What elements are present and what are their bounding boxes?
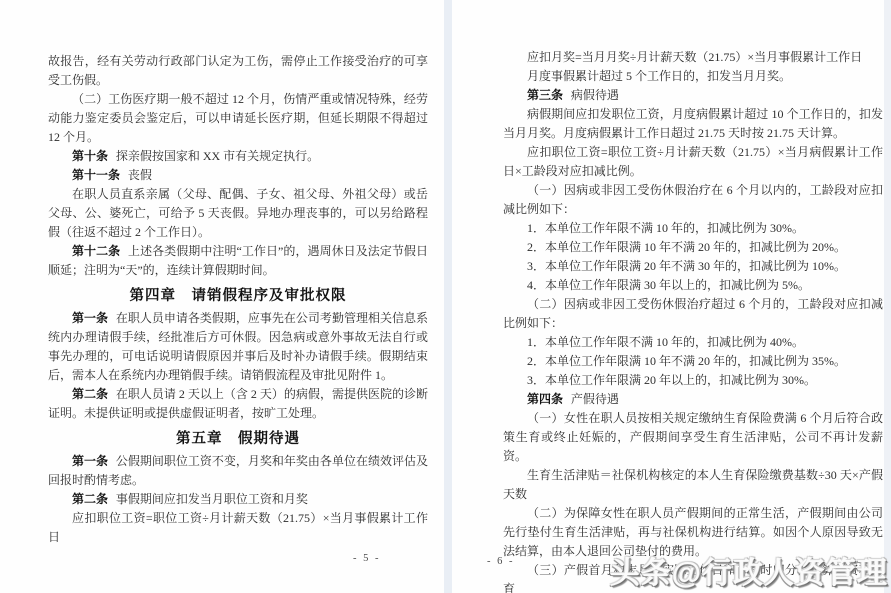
page-gap-divider [444, 0, 452, 593]
paragraph: 2．本单位工作年限满 10 年不满 20 年的，扣减比例为 20%。 [503, 238, 883, 257]
article-number: 第二条 [72, 492, 108, 506]
page-number-5: - 5 - [353, 553, 381, 564]
paragraph: 应扣职位工资=职位工资÷月计薪天数（21.75）×当月病假累计工作日×工龄段对应… [503, 143, 883, 181]
paragraph: 第十一条丧假 [48, 166, 428, 185]
page-number-6: - 6 - [487, 556, 515, 567]
paragraph: 4．本单位工作年限满 30 年以上的，扣减比例为 5%。 [503, 276, 883, 295]
paragraph-text: 事假期间应扣发当月职位工资和月奖 [116, 492, 308, 506]
paragraph: （一）女性在职人员按相关规定缴纳生育保险费满 6 个月后符合政策生育或终止妊娠的… [503, 409, 883, 466]
paragraph: 第十条探亲假按国家和 XX 市有关规定执行。 [48, 147, 428, 166]
paragraph-text: 丧假 [128, 168, 152, 182]
paragraph: 第一条在职人员申请各类假期，应事先在公司考勤管理相关信息系统内办理请假手续，经批… [48, 309, 428, 385]
paragraph: （二）工伤医疗期一般不超过 12 个月，伤情严重或情况特殊，经劳动能力鉴定委员会… [48, 90, 428, 147]
paragraph-text: 探亲假按国家和 XX 市有关规定执行。 [116, 149, 319, 163]
document-page-right: 应扣月奖=当月月奖÷月计薪天数（21.75）×当月事假累计工作日月度事假累计超过… [452, 0, 891, 593]
paragraph: 1．本单位工作年限不满 10 年的，扣减比例为 40%。 [503, 333, 883, 352]
toutiao-watermark: 头条@行政人资管理 [610, 548, 888, 592]
paragraph: 3．本单位工作年限满 20 年以上的，扣减比例为 30%。 [503, 371, 883, 390]
paragraph: 第十二条上述各类假期中注明“工作日”的，遇周休日及法定节假日顺延；注明为“天”的… [48, 242, 428, 280]
paragraph: 1．本单位工作年限不满 10 年的，扣减比例为 30%。 [503, 219, 883, 238]
paragraph: 第二条在职人员请 2 天以上（含 2 天）的病假，需提供医院的诊断证明。未提供证… [48, 385, 428, 423]
paragraph: 生育生活津贴＝社保机构核定的本人生育保险缴费基数÷30 天×产假天数 [503, 466, 883, 504]
paragraph: （一）因病或非因工受伤休假治疗在 6 个月以内的，工龄段对应扣减比例如下： [503, 181, 883, 219]
paragraph: 应扣职位工资=职位工资÷月计薪天数（21.75）×当月事假累计工作日 [48, 509, 428, 547]
article-number: 第十条 [72, 149, 108, 163]
paragraph: 3．本单位工作年限满 20 年不满 30 年的，扣减比例为 10%。 [503, 257, 883, 276]
paragraph: 2．本单位工作年限满 10 年不满 20 年的，扣减比例为 35%。 [503, 352, 883, 371]
document-scan: { "document": { "watermark": "头条@行政人资管理"… [0, 0, 891, 593]
paragraph: （二）因病或非因工受伤休假治疗超过 6 个月的，工龄段对应扣减比例如下： [503, 295, 883, 333]
article-number: 第一条 [72, 454, 108, 468]
paragraph-text: 产假待遇 [571, 392, 619, 406]
chapter-heading: 第四章 请销假程序及审批权限 [48, 287, 428, 306]
paragraph: 应扣月奖=当月月奖÷月计薪天数（21.75）×当月事假累计工作日 [503, 48, 883, 67]
article-number: 第四条 [527, 392, 563, 406]
paragraph: 故报告，经有关劳动行政部门认定为工伤，需停止工作接受治疗的可享受工伤假。 [48, 52, 428, 90]
paragraph: 第四条产假待遇 [503, 390, 883, 409]
document-page-left: 故报告，经有关劳动行政部门认定为工伤，需停止工作接受治疗的可享受工伤假。（二）工… [0, 0, 444, 593]
article-number: 第十二条 [72, 244, 120, 258]
article-number: 第三条 [527, 88, 563, 102]
chapter-heading: 第五章 假期待遇 [48, 430, 428, 449]
page-right-edge [884, 0, 891, 593]
paragraph: 第二条事假期间应扣发当月职位工资和月奖 [48, 490, 428, 509]
article-number: 第十一条 [72, 168, 120, 182]
article-number: 第一条 [72, 311, 108, 325]
paragraph: 在职人员直系亲属（父母、配偶、子女、祖父母、外祖父母）或岳父母、公、婆死亡，可给… [48, 185, 428, 242]
paragraph: 第三条病假待遇 [503, 86, 883, 105]
paragraph: 月度事假累计超过 5 个工作日的，扣发当月月奖。 [503, 67, 883, 86]
paragraph-text: 病假待遇 [571, 88, 619, 102]
paragraph: 第一条公假期间职位工资不变，月奖和年奖由各单位在绩效评估及回报时酌情考虑。 [48, 452, 428, 490]
paragraph: 病假期间应扣发职位工资，月度病假累计超过 10 个工作日的，扣发当月月奖。月度病… [503, 105, 883, 143]
article-number: 第二条 [72, 387, 108, 401]
